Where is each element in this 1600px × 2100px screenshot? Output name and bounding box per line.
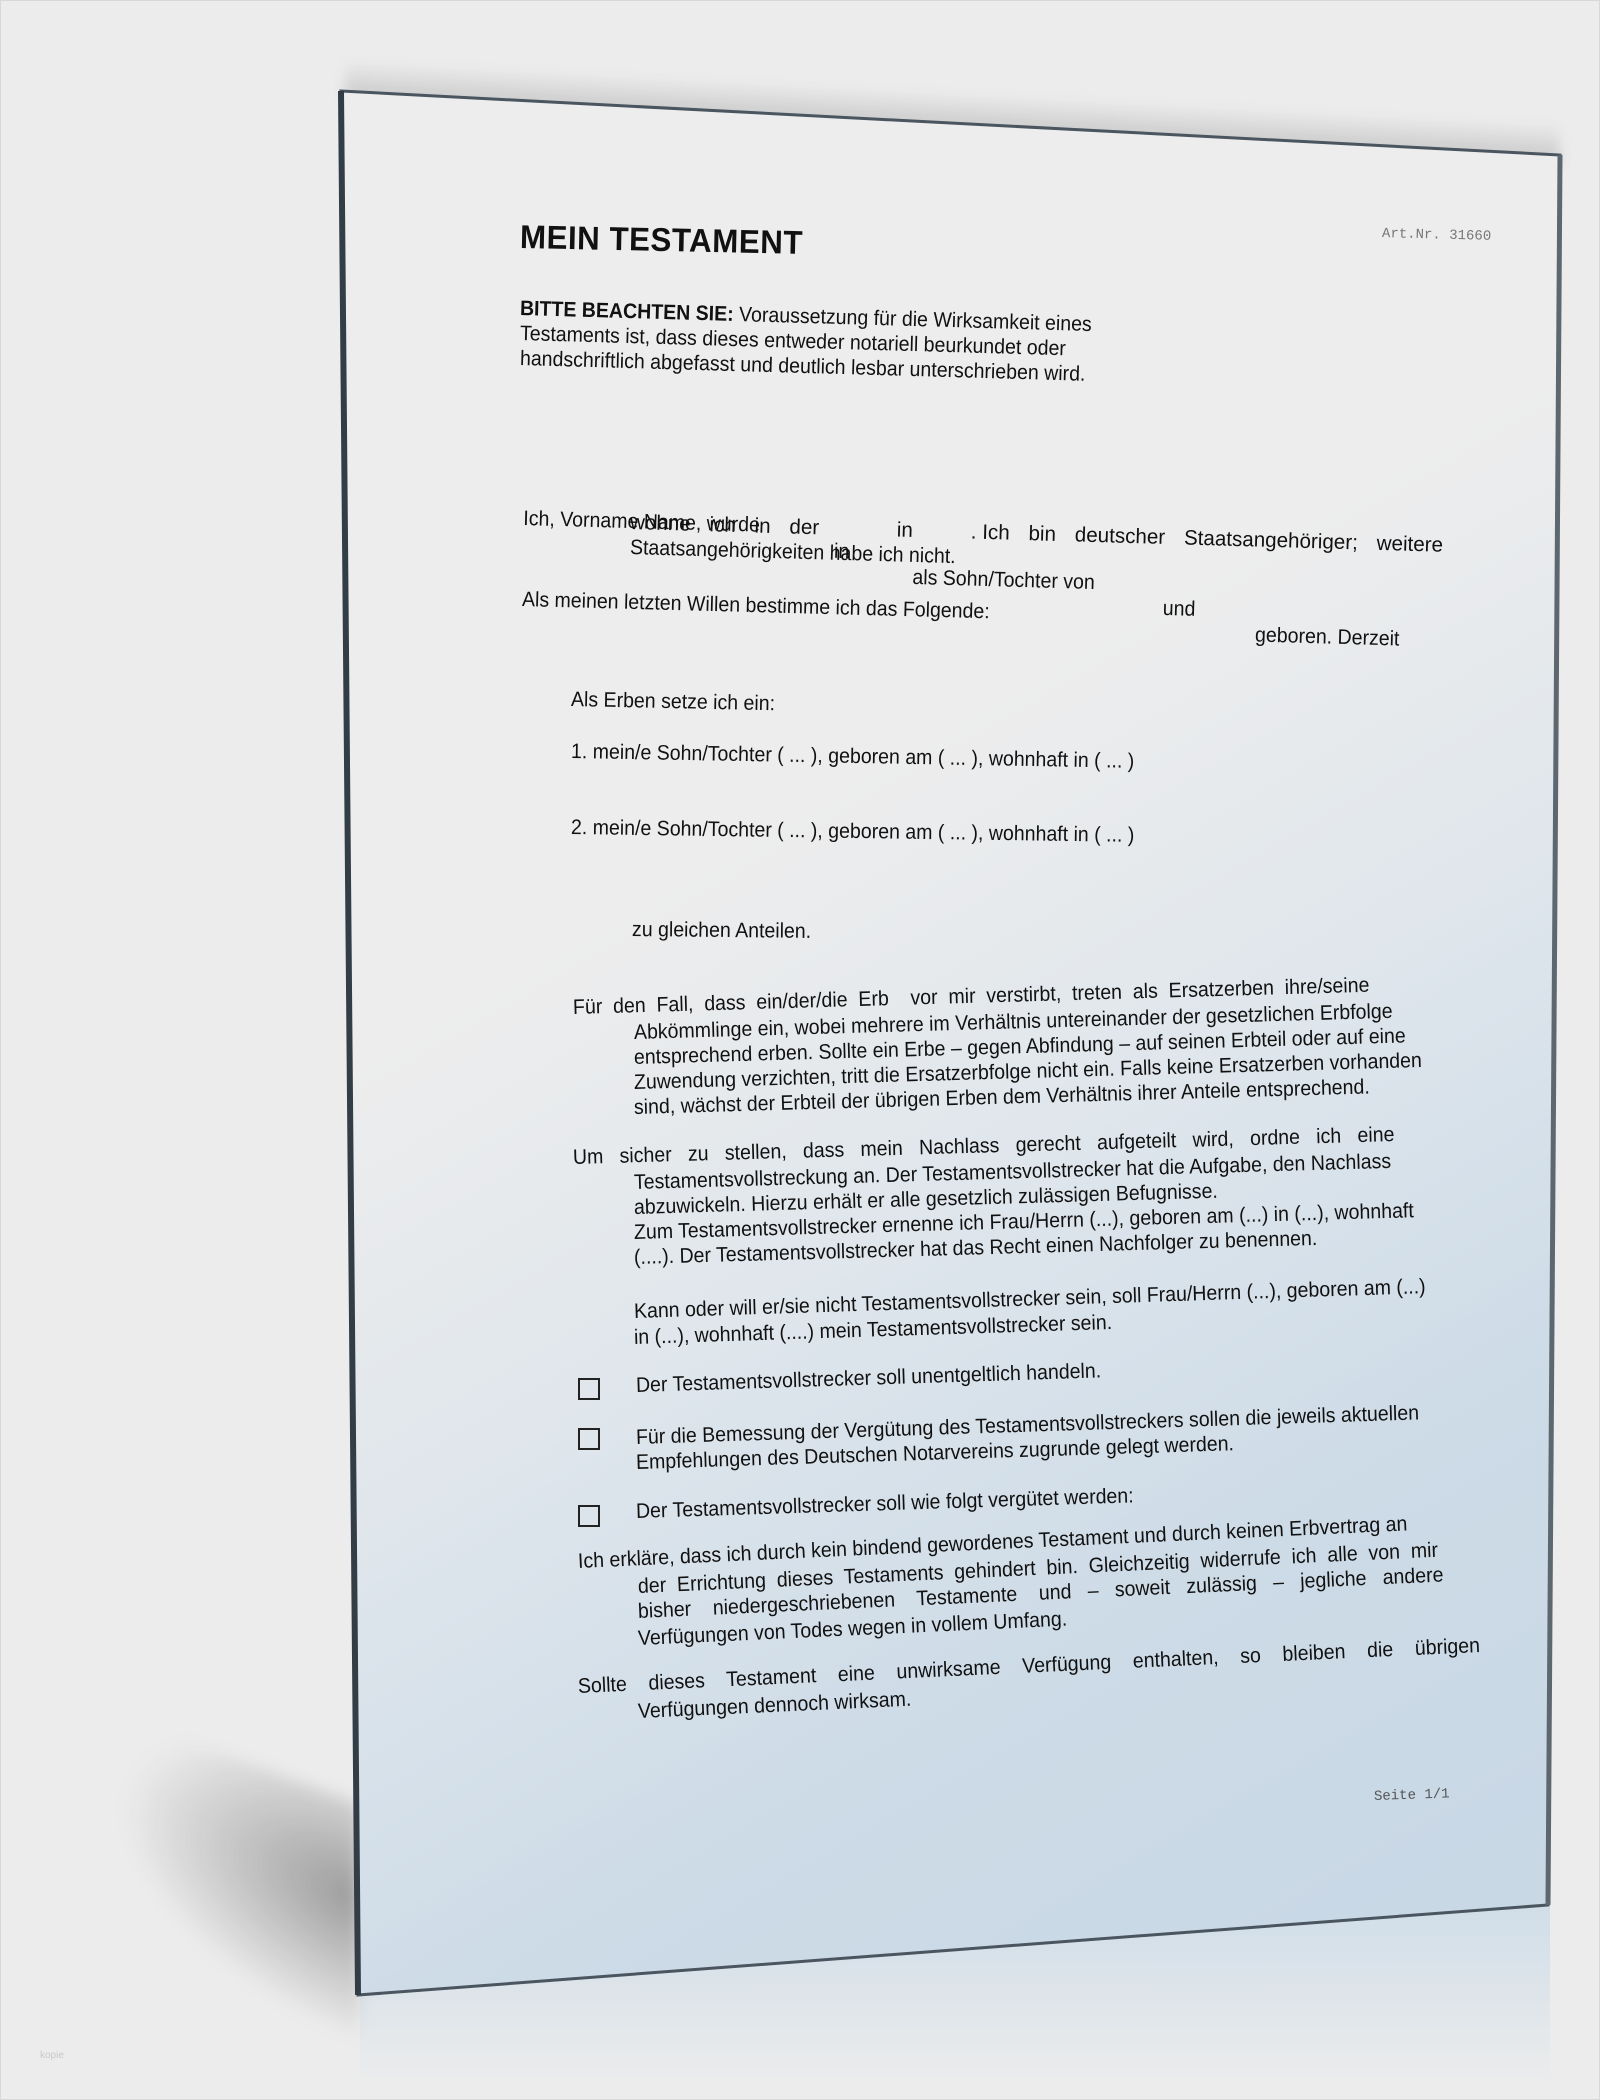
page-number: Seite 1/1 <box>1374 1782 1450 1809</box>
heirs-heading: Als Erben setze ich ein: <box>571 688 776 716</box>
equal-shares: zu gleichen Anteilen. <box>632 918 811 944</box>
heir-item-2: 2. mein/e Sohn/Tochter ( ... ), geboren … <box>571 816 1135 848</box>
checkbox-unpaid[interactable] <box>578 1378 600 1400</box>
document-content: MEIN TESTAMENT Art.Nr. 31660 BITTE BEACH… <box>0 0 1600 2100</box>
notice-label: BITTE BEACHTEN SIE: <box>520 297 734 326</box>
document-title: MEIN TESTAMENT <box>520 225 803 255</box>
checkbox-notary-recommendation[interactable] <box>578 1428 600 1450</box>
checkbox-custom-fee[interactable] <box>578 1505 600 1527</box>
watermark: kopie <box>40 2050 64 2061</box>
article-number: Art.Nr. 31660 <box>1382 222 1492 249</box>
heir-item-1: 1. mein/e Sohn/Tochter ( ... ), geboren … <box>571 740 1135 774</box>
